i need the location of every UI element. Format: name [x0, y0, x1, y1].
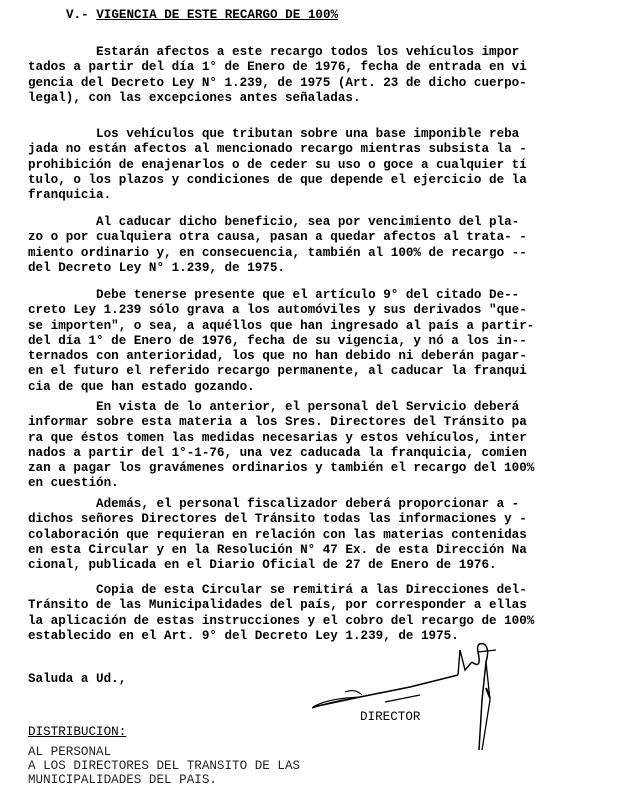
- text-line: Tránsito de las Municipalidades del país…: [28, 598, 608, 613]
- text-line: ra que éstos tomen las medidas necesaria…: [28, 431, 608, 446]
- paragraph-7: Copia de esta Circular se remitirá a las…: [28, 583, 608, 644]
- text-line: En vista de lo anterior, el personal del…: [28, 400, 608, 415]
- text-line: tulo, o los plazos y condiciones de que …: [28, 173, 608, 188]
- text-line: del Decreto Ley N° 1.239, de 1975.: [28, 261, 608, 276]
- text-line: ternados con anterioridad, los que no ha…: [28, 349, 608, 364]
- text-line: zan a pagar los gravámenes ordinarios y …: [28, 461, 608, 476]
- text-line: Copia de esta Circular se remitirá a las…: [28, 583, 608, 598]
- distribution-heading: DISTRIBUCION:: [28, 725, 126, 739]
- text-line: colaboración que requieran en relación c…: [28, 528, 608, 543]
- section-number: V.-: [66, 8, 96, 22]
- text-line: dichos señores Directores del Tránsito t…: [28, 512, 608, 527]
- text-line: en esta Circular y en la Resolución N° 4…: [28, 543, 608, 558]
- text-line: Debe tenerse presente que el artículo 9°…: [28, 288, 608, 303]
- paragraph-3: Al caducar dicho beneficio, sea por venc…: [28, 215, 608, 276]
- closing-salutation: Saluda a Ud.,: [28, 672, 126, 686]
- text-line: Además, el personal fiscalizador deberá …: [28, 497, 608, 512]
- text-line: se importen", o sea, a aquéllos que han …: [28, 319, 608, 334]
- paragraph-4: Debe tenerse presente que el artículo 9°…: [28, 288, 608, 395]
- text-line: Los vehículos que tributan sobre una bas…: [28, 127, 608, 142]
- text-line: nados a partir del 1°-1-76, una vez cadu…: [28, 446, 608, 461]
- text-line: legal), con las excepciones antes señala…: [28, 91, 608, 106]
- text-line: franquicia.: [28, 188, 608, 203]
- text-line: tados a partir del día 1° de Enero de 19…: [28, 60, 608, 75]
- text-line: jada no están afectos al mencionado reca…: [28, 142, 608, 157]
- text-line: en el futuro el referido recargo permane…: [28, 364, 608, 379]
- text-line: Al caducar dicho beneficio, sea por venc…: [28, 215, 608, 230]
- text-line: la aplicación de estas instrucciones y e…: [28, 614, 608, 629]
- paragraph-1: Estarán afectos a este recargo todos los…: [28, 45, 608, 106]
- paragraph-6: Además, el personal fiscalizador deberá …: [28, 497, 608, 573]
- text-line: creto Ley 1.239 sólo grava a los automóv…: [28, 303, 608, 318]
- text-line: prohibición de enajenarlos o de ceder su…: [28, 158, 608, 173]
- paragraph-2: Los vehículos que tributan sobre una bas…: [28, 127, 608, 203]
- section-title: VIGENCIA DE ESTE RECARGO DE 100%: [96, 8, 338, 22]
- text-line: Estarán afectos a este recargo todos los…: [28, 45, 608, 60]
- signature-mark: [250, 640, 510, 750]
- text-line: miento ordinario y, en consecuencia, tam…: [28, 246, 608, 261]
- section-heading: V.- VIGENCIA DE ESTE RECARGO DE 100%: [66, 8, 338, 22]
- text-line: cia de que han estado gozando.: [28, 380, 608, 395]
- distribution-item: A LOS DIRECTORES DEL TRANSITO DE LAS: [28, 759, 300, 773]
- distribution-item: MUNICIPALIDADES DEL PAIS.: [28, 773, 300, 787]
- text-line: zo o por cualquiera otra causa, pasan a …: [28, 230, 608, 245]
- text-line: en cuestión.: [28, 476, 608, 491]
- paragraph-5: En vista de lo anterior, el personal del…: [28, 400, 608, 492]
- text-line: del día 1° de Enero de 1976, fecha de su…: [28, 334, 608, 349]
- text-line: cional, publicada en el Diario Oficial d…: [28, 558, 608, 573]
- distribution-item: AL PERSONAL: [28, 745, 300, 759]
- distribution-list: AL PERSONAL A LOS DIRECTORES DEL TRANSIT…: [28, 745, 300, 787]
- text-line: informar sobre esta materia a los Sres. …: [28, 415, 608, 430]
- text-line: gencia del Decreto Ley N° 1.239, de 1975…: [28, 76, 608, 91]
- signature-title: DIRECTOR: [360, 710, 420, 724]
- document-page: V.- VIGENCIA DE ESTE RECARGO DE 100% Est…: [0, 0, 630, 803]
